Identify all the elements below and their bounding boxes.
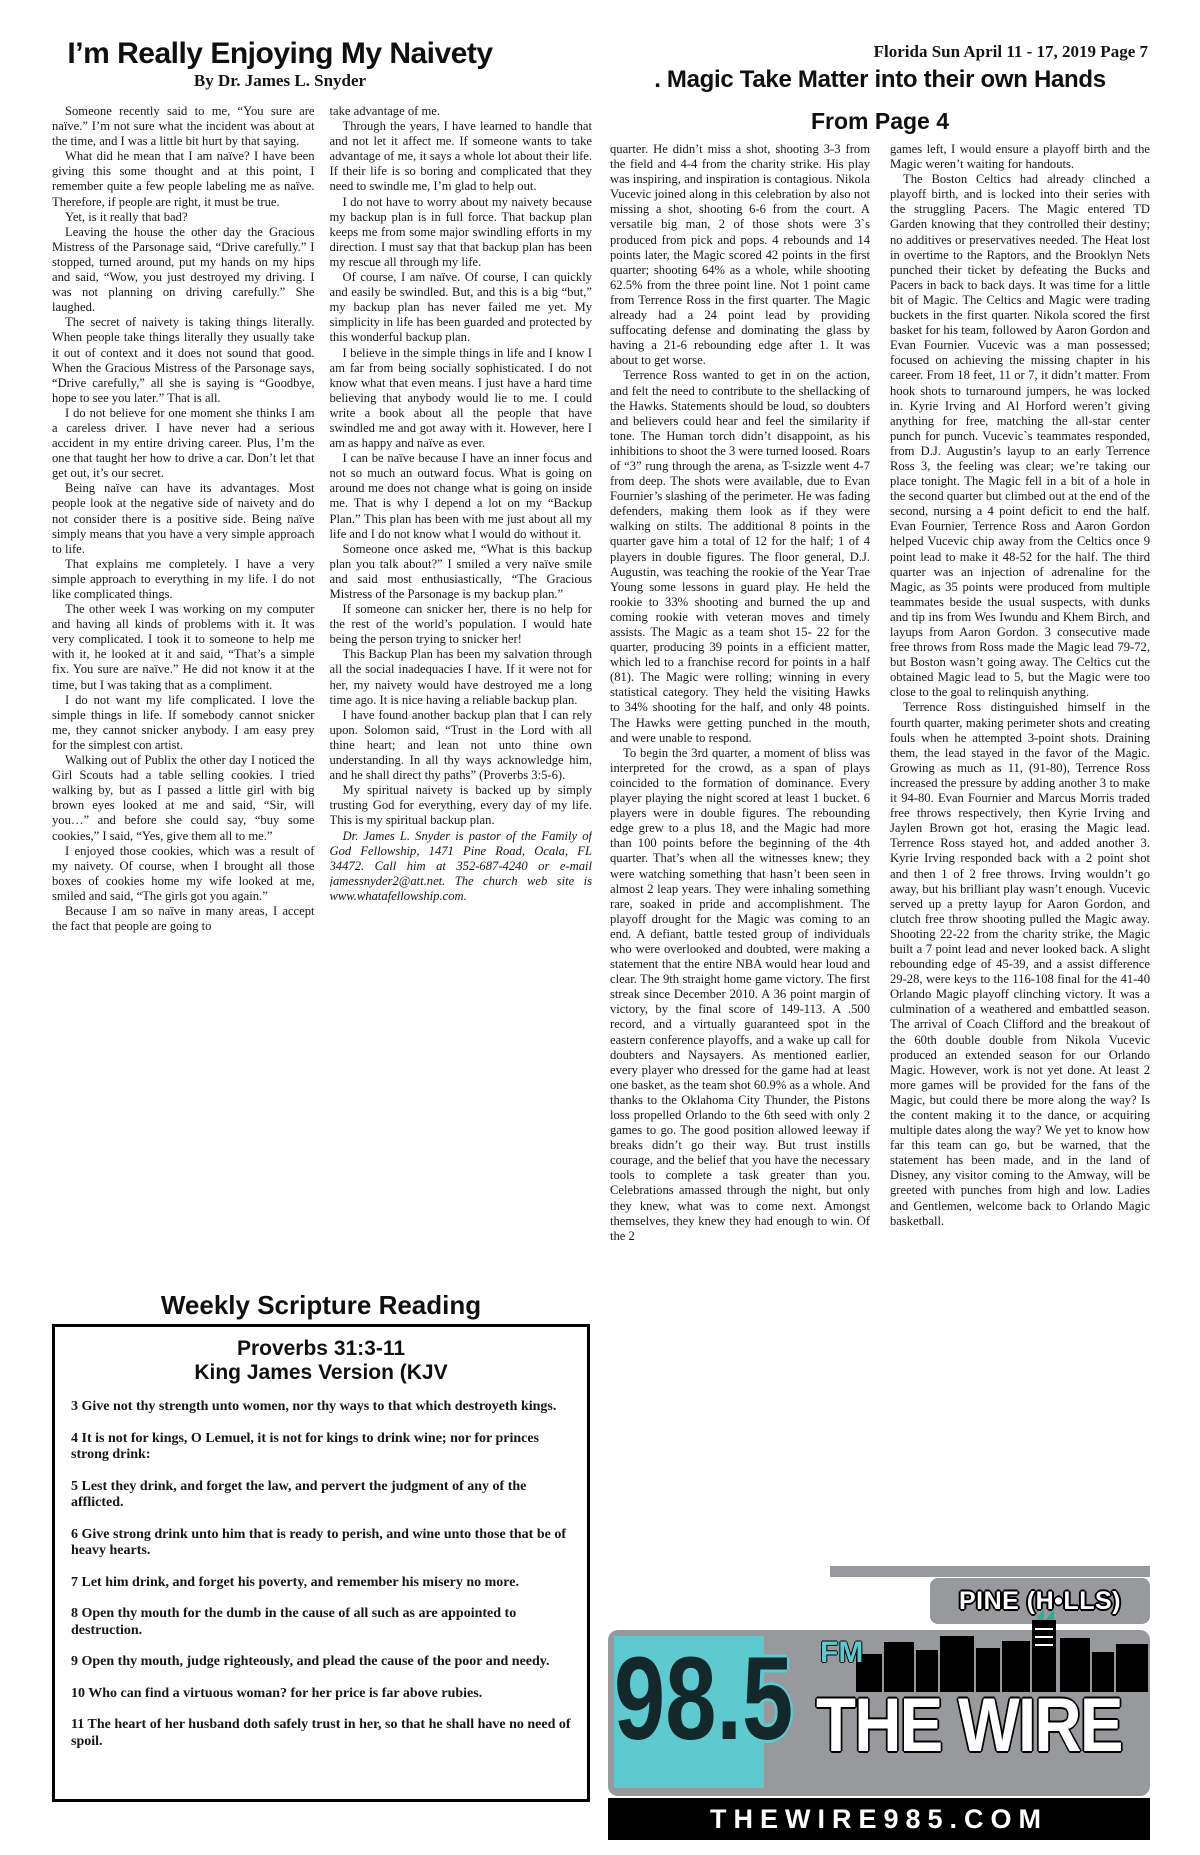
scripture-verses: 3 Give not thy strength unto women, nor … <box>71 1399 571 1750</box>
scripture-version: King James Version (KJV <box>71 1361 571 1385</box>
paragraph: I have found another backup plan that I … <box>330 708 593 783</box>
city-skyline-icon <box>856 1608 1148 1692</box>
paragraph: Leaving the house the other day the Grac… <box>52 225 315 316</box>
paragraph: The other week I was working on my compu… <box>52 602 315 693</box>
paragraph: Walking out of Publix the other day I no… <box>52 753 315 844</box>
paragraph: My spiritual naivety is backed up by sim… <box>330 783 593 828</box>
paragraph: I do not have to worry about my naivety … <box>330 195 593 270</box>
paragraph: I believe in the simple things in life a… <box>330 346 593 452</box>
paragraph: The Boston Celtics had already clinched … <box>890 172 1150 700</box>
verse: 4 It is not for kings, O Lemuel, it is n… <box>71 1431 571 1464</box>
paragraph: games left, I would ensure a playoff bir… <box>890 142 1150 172</box>
naivety-article-header: I’m Really Enjoying My Naivety By Dr. Ja… <box>40 38 520 91</box>
radio-station-ad[interactable]: PINE (H•LLS) 98.5 FM <box>608 1560 1150 1840</box>
station-name: THE WIRE <box>816 1688 1105 1764</box>
paragraph: I do not want my life complicated. I lov… <box>52 693 315 753</box>
verse: 11 The heart of her husband doth safely … <box>71 1717 571 1750</box>
masthead-date-page: Florida Sun April 11 - 17, 2019 Page 7 <box>610 42 1148 62</box>
naivety-column-1: Someone recently said to me, “You sure a… <box>52 104 315 1292</box>
verse: 5 Lest they drink, and forget the law, a… <box>71 1479 571 1512</box>
paragraph: Yet, is it really that bad? <box>52 210 315 225</box>
verse: 10 Who can find a virtuous woman? for he… <box>71 1686 571 1703</box>
magic-column-2: games left, I would ensure a playoff bir… <box>890 142 1150 1558</box>
paragraph: What did he mean that I am naïve? I have… <box>52 149 315 209</box>
website-url[interactable]: THEWIRE985.COM <box>710 1804 1048 1835</box>
newspaper-page: I’m Really Enjoying My Naivety By Dr. Ja… <box>0 0 1200 1855</box>
scripture-reference: Proverbs 31:3-11 <box>71 1337 571 1361</box>
scripture-box: Proverbs 31:3-11 King James Version (KJV… <box>52 1324 590 1802</box>
verse: 8 Open thy mouth for the dumb in the cau… <box>71 1606 571 1639</box>
paragraph: This Backup Plan has been my salvation t… <box>330 647 593 707</box>
naivety-article-body: Someone recently said to me, “You sure a… <box>52 104 592 1292</box>
naivety-column-2: take advantage of me.Through the years, … <box>330 104 593 1292</box>
paragraph: The secret of naivety is taking things l… <box>52 315 315 406</box>
magic-column-1: quarter. He didn’t miss a shot, shooting… <box>610 142 870 1558</box>
paragraph: quarter. He didn’t miss a shot, shooting… <box>610 142 870 368</box>
scripture-section-title: Weekly Scripture Reading <box>52 1290 590 1321</box>
station-frequency: 98.5 <box>614 1640 793 1758</box>
verse: 7 Let him drink, and forget his poverty,… <box>71 1575 571 1592</box>
verse: 6 Give strong drink unto him that is rea… <box>71 1527 571 1560</box>
ad-top-bar <box>830 1566 1150 1577</box>
paragraph: Through the years, I have learned to han… <box>330 119 593 194</box>
paragraph: If someone can snicker her, there is no … <box>330 602 593 647</box>
ad-logo-block: 98.5 FM THE WIRE <box>608 1630 1150 1796</box>
verse: 3 Give not thy strength unto women, nor … <box>71 1399 571 1416</box>
naivety-column-2-paragraphs: take advantage of me.Through the years, … <box>330 104 593 829</box>
paragraph: take advantage of me. <box>330 104 593 119</box>
magic-article-body: quarter. He didn’t miss a shot, shooting… <box>610 142 1150 1558</box>
paragraph: I enjoyed those cookies, which was a res… <box>52 844 315 904</box>
paragraph: Someone once asked me, “What is this bac… <box>330 542 593 602</box>
paragraph: Terrence Ross wanted to get in on the ac… <box>610 368 870 745</box>
magic-continued-from: From Page 4 <box>610 108 1150 135</box>
paragraph: Because I am so naïve in many areas, I a… <box>52 904 315 934</box>
paragraph: I can be naïve because I have an inner f… <box>330 451 593 542</box>
website-bar[interactable]: THEWIRE985.COM <box>608 1798 1150 1840</box>
paragraph: Someone recently said to me, “You sure a… <box>52 104 315 149</box>
paragraph: Being naïve can have its advantages. Mos… <box>52 481 315 556</box>
verse: 9 Open thy mouth, judge righteously, and… <box>71 1654 571 1671</box>
paragraph: That explains me completely. I have a ve… <box>52 557 315 602</box>
magic-headline: . Magic Take Matter into their own Hands <box>610 66 1150 94</box>
naivety-headline: I’m Really Enjoying My Naivety <box>40 38 520 70</box>
naivety-byline: By Dr. James L. Snyder <box>40 71 520 91</box>
paragraph: Of course, I am naïve. Of course, I can … <box>330 270 593 345</box>
fm-band-label: FM <box>820 1636 863 1670</box>
paragraph: Terrence Ross distinguished himself in t… <box>890 700 1150 1228</box>
author-note: Dr. James L. Snyder is pastor of the Fam… <box>330 829 593 904</box>
paragraph: To begin the 3rd quarter, a moment of bl… <box>610 746 870 1244</box>
scripture-box-title: Proverbs 31:3-11 King James Version (KJV <box>71 1337 571 1385</box>
paragraph: I do not believe for one moment she thin… <box>52 406 315 481</box>
